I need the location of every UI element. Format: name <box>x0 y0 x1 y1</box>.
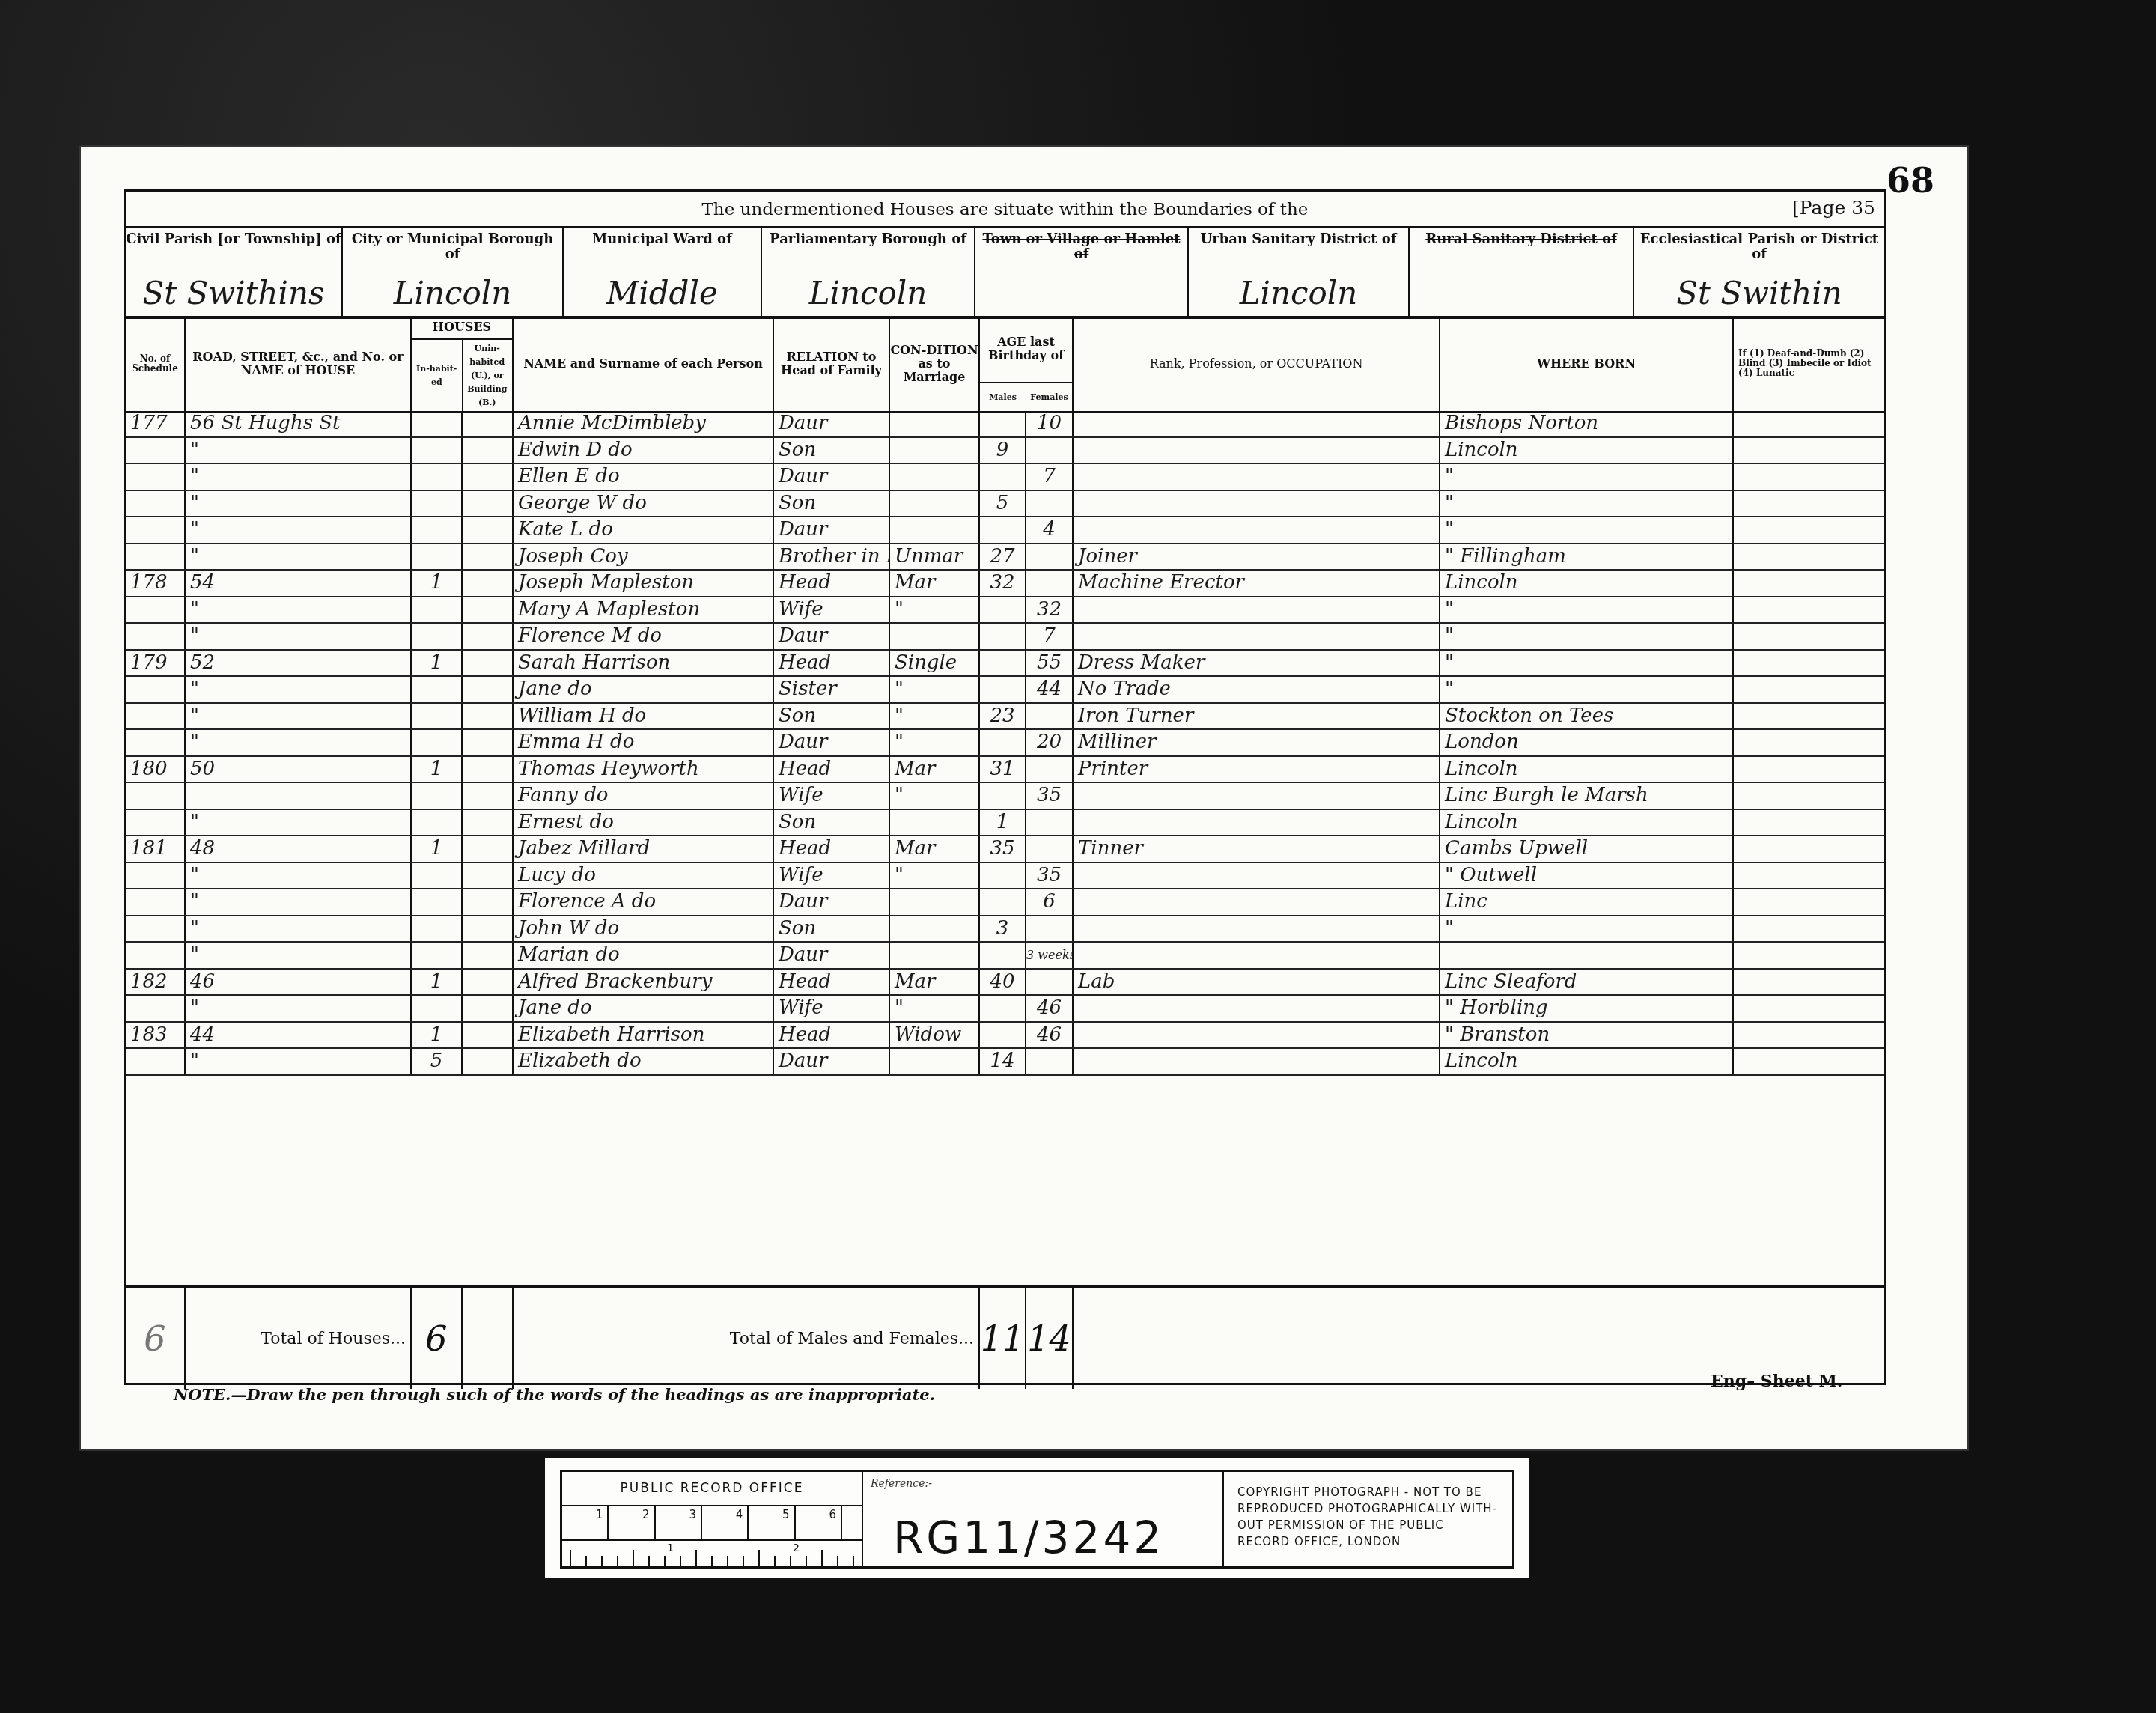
cell-female-age: 10 <box>1026 411 1074 436</box>
col-age: AGE last Birthday of Males Females <box>980 316 1074 411</box>
cell-schedule: 178 <box>126 571 186 596</box>
col-males: Males <box>980 383 1026 411</box>
region-ecclesiastical-parish: Ecclesiastical Parish or District of St … <box>1634 226 1884 316</box>
cell-uninhabited <box>463 704 514 729</box>
cell-condition: Mar <box>890 757 980 782</box>
cell-infirmity <box>1734 757 1884 782</box>
cell-infirmity <box>1734 491 1884 517</box>
col-schedule: No. of Schedule <box>126 316 186 411</box>
cell-inhabited <box>412 517 463 543</box>
cell-occupation <box>1074 943 1440 968</box>
cell-infirmity <box>1734 1023 1884 1048</box>
cell-relation: Sister <box>774 677 890 702</box>
ruler-tick <box>711 1556 713 1566</box>
cell-male-age: 32 <box>980 571 1026 596</box>
cell-where-born: Lincoln <box>1440 571 1734 596</box>
region-municipal-borough: City or Municipal Borough of Lincoln <box>343 226 564 316</box>
cell-road: " <box>186 1049 412 1074</box>
cell-occupation <box>1074 916 1440 942</box>
table-row: "Florence A doDaur6Linc <box>126 889 1884 916</box>
col-road: ROAD, STREET, &c., and No. or NAME of HO… <box>186 316 412 411</box>
cell-female-age <box>1026 571 1074 596</box>
cell-inhabited <box>412 704 463 729</box>
cell-female-age: 4 <box>1026 517 1074 543</box>
cell-male-age <box>980 996 1026 1021</box>
ruler-tick <box>695 1550 697 1566</box>
cell-inhabited <box>412 889 463 915</box>
cell-inhabited <box>412 597 463 623</box>
cell-male-age <box>980 624 1026 649</box>
cell-condition <box>890 916 980 942</box>
cell-condition: " <box>890 996 980 1021</box>
cell-condition: " <box>890 783 980 809</box>
ruler-tick <box>585 1556 587 1566</box>
cell-road: 54 <box>186 571 412 596</box>
cell-occupation: Lab <box>1074 970 1440 995</box>
cell-infirmity <box>1734 517 1884 543</box>
cell-inhabited <box>412 438 463 463</box>
pro-label-box: PUBLIC RECORD OFFICE 1 2 3 4 5 6 1 2 Ref… <box>560 1470 1514 1569</box>
cell-inhabited <box>412 491 463 517</box>
boundaries-title: The undermentioned Houses are situate wi… <box>702 200 1309 219</box>
total-males: 11 <box>980 1288 1026 1389</box>
cell-relation: Son <box>774 916 890 942</box>
ruler-tick <box>821 1550 823 1566</box>
region-label: Municipal Ward of <box>564 226 761 247</box>
col-relation: RELATION to Head of Family <box>774 316 890 411</box>
table-row: 180501Thomas HeyworthHeadMar31PrinterLin… <box>126 757 1884 784</box>
ruler-tick <box>648 1556 650 1566</box>
ruler-cm-label: 2 <box>609 1506 655 1539</box>
cell-relation: Son <box>774 491 890 517</box>
col-age-title: AGE last Birthday of <box>980 316 1072 383</box>
ruler-tick <box>727 1556 728 1566</box>
cell-uninhabited <box>463 1023 514 1048</box>
ruler-cm-end <box>842 1506 862 1539</box>
cell-occupation: Joiner <box>1074 544 1440 570</box>
cell-uninhabited <box>463 970 514 995</box>
table-row: "William H doSon"23Iron TurnerStockton o… <box>126 704 1884 731</box>
cell-inhabited: 5 <box>412 1049 463 1074</box>
cell-name: Elizabeth Harrison <box>514 1023 774 1048</box>
cell-where-born: " <box>1440 597 1734 623</box>
cell-name: Emma H do <box>514 730 774 755</box>
ruler-tick <box>664 1556 666 1566</box>
col-uninhabited: Unin-habited (U.), or Building (B.) <box>463 340 513 411</box>
cell-female-age <box>1026 438 1074 463</box>
cell-infirmity <box>1734 836 1884 862</box>
cell-relation: Head <box>774 970 890 995</box>
cell-road: " <box>186 464 412 490</box>
cell-where-born: Lincoln <box>1440 1049 1734 1074</box>
cell-relation: Son <box>774 810 890 836</box>
col-infirmity: If (1) Deaf-and-Dumb (2) Blind (3) Imbec… <box>1734 316 1884 411</box>
cell-condition <box>890 810 980 836</box>
cell-female-age: 44 <box>1026 677 1074 702</box>
cell-inhabited: 1 <box>412 836 463 862</box>
cell-name: Edwin D do <box>514 438 774 463</box>
cell-road: " <box>186 677 412 702</box>
cell-where-born: " Branston <box>1440 1023 1734 1048</box>
table-row: "Florence M doDaur7" <box>126 624 1884 651</box>
cell-male-age: 31 <box>980 757 1026 782</box>
cell-condition <box>890 464 980 490</box>
cell-uninhabited <box>463 757 514 782</box>
region-urban-sanitary: Urban Sanitary District of Lincoln <box>1189 226 1410 316</box>
cell-male-age <box>980 677 1026 702</box>
cell-where-born: Lincoln <box>1440 810 1734 836</box>
table-row: Fanny doWife"35Linc Burgh le Marsh <box>126 783 1884 810</box>
cell-schedule <box>126 1049 186 1074</box>
table-row: 182461Alfred BrackenburyHeadMar40LabLinc… <box>126 970 1884 997</box>
cell-name: William H do <box>514 704 774 729</box>
cell-road: " <box>186 863 412 889</box>
table-row: "George W doSon5" <box>126 491 1884 518</box>
cell-infirmity <box>1734 704 1884 729</box>
cell-male-age: 5 <box>980 491 1026 517</box>
public-record-office-label: PUBLIC RECORD OFFICE 1 2 3 4 5 6 1 2 Ref… <box>545 1458 1529 1578</box>
ruler-tick <box>617 1556 618 1566</box>
cell-road: " <box>186 996 412 1021</box>
table-row: "Emma H doDaur"20MillinerLondon <box>126 730 1884 757</box>
cell-infirmity <box>1734 863 1884 889</box>
cell-relation: Daur <box>774 943 890 968</box>
cell-occupation <box>1074 438 1440 463</box>
cell-schedule <box>126 783 186 809</box>
cell-infirmity <box>1734 996 1884 1021</box>
cell-male-age <box>980 517 1026 543</box>
cell-schedule <box>126 624 186 649</box>
cell-schedule <box>126 810 186 836</box>
cell-male-age: 23 <box>980 704 1026 729</box>
cell-road: 44 <box>186 1023 412 1048</box>
cell-inhabited <box>412 783 463 809</box>
cell-name: Jane do <box>514 677 774 702</box>
cell-name: Florence A do <box>514 889 774 915</box>
cell-schedule <box>126 517 186 543</box>
cell-name: Florence M do <box>514 624 774 649</box>
table-row: "Jane doWife"46" Horbling <box>126 996 1884 1023</box>
region-municipal-ward: Municipal Ward of Middle <box>564 226 762 316</box>
table-row: 17756 St Hughs StAnnie McDimblebyDaur10B… <box>126 411 1884 438</box>
cell-occupation <box>1074 783 1440 809</box>
cell-male-age <box>980 943 1026 968</box>
cell-schedule <box>126 730 186 755</box>
table-row: "Jane doSister"44No Trade" <box>126 677 1884 704</box>
cell-condition <box>890 491 980 517</box>
cell-where-born: " <box>1440 517 1734 543</box>
cell-name: Elizabeth do <box>514 1049 774 1074</box>
reference-value: RG11/3242 <box>893 1512 1164 1563</box>
table-row: 178541Joseph MaplestonHeadMar32Machine E… <box>126 571 1884 597</box>
ruler-tick <box>633 1550 634 1566</box>
cell-occupation <box>1074 996 1440 1021</box>
cell-condition: Mar <box>890 836 980 862</box>
pro-ruler-panel: PUBLIC RECORD OFFICE 1 2 3 4 5 6 1 2 <box>562 1472 863 1566</box>
cell-inhabited <box>412 810 463 836</box>
ruler-tick <box>837 1556 838 1566</box>
cell-condition: " <box>890 597 980 623</box>
ruler-tick <box>790 1556 791 1566</box>
col-females: Females <box>1026 383 1072 411</box>
cell-road: " <box>186 517 412 543</box>
cell-male-age: 3 <box>980 916 1026 942</box>
cell-inhabited: 1 <box>412 1023 463 1048</box>
ruler-tick <box>743 1556 744 1566</box>
cell-inhabited <box>412 411 463 436</box>
cell-male-age: 40 <box>980 970 1026 995</box>
ruler-in-label: 1 <box>667 1542 674 1554</box>
cell-occupation: Machine Erector <box>1074 571 1440 596</box>
region-label: Town or Village or Hamlet of <box>975 226 1187 262</box>
region-label: City or Municipal Borough of <box>343 226 562 262</box>
total-houses-label: Total of Houses... <box>186 1288 412 1389</box>
cell-name: Fanny do <box>514 783 774 809</box>
cell-road: " <box>186 544 412 570</box>
cell-female-age: 7 <box>1026 624 1074 649</box>
table-row: "5Elizabeth doDaur14Lincoln <box>126 1049 1884 1076</box>
cell-infirmity <box>1734 677 1884 702</box>
cell-male-age <box>980 889 1026 915</box>
table-row: "Edwin D doSon9Lincoln <box>126 438 1884 465</box>
cell-infirmity <box>1734 411 1884 436</box>
table-row: 183441Elizabeth HarrisonHeadWidow46" Bra… <box>126 1023 1884 1050</box>
cell-name: Lucy do <box>514 863 774 889</box>
cell-schedule <box>126 889 186 915</box>
cell-relation: Daur <box>774 730 890 755</box>
cell-infirmity <box>1734 889 1884 915</box>
cell-relation: Son <box>774 438 890 463</box>
cell-where-born: Linc Sleaford <box>1440 970 1734 995</box>
cell-occupation: Printer <box>1074 757 1440 782</box>
cell-infirmity <box>1734 624 1884 649</box>
boundaries-title-bar: The undermentioned Houses are situate wi… <box>126 192 1884 228</box>
cell-male-age <box>980 651 1026 676</box>
cell-where-born <box>1440 943 1734 968</box>
cell-name: Alfred Brackenbury <box>514 970 774 995</box>
region-rural-sanitary: Rural Sanitary District of <box>1410 226 1634 316</box>
ruler-cm-label: 1 <box>562 1506 609 1539</box>
total-females: 14 <box>1026 1288 1074 1389</box>
col-houses: HOUSES In-habit-ed Unin-habited (U.), or… <box>412 316 514 411</box>
region-value: St Swithin <box>1634 275 1884 311</box>
cell-schedule <box>126 677 186 702</box>
cell-infirmity <box>1734 916 1884 942</box>
cell-inhabited: 1 <box>412 651 463 676</box>
cell-schedule <box>126 438 186 463</box>
cell-uninhabited <box>463 943 514 968</box>
cell-where-born: " <box>1440 491 1734 517</box>
cell-female-age: 46 <box>1026 1023 1074 1048</box>
region-label: Urban Sanitary District of <box>1189 226 1408 247</box>
cell-uninhabited <box>463 863 514 889</box>
cell-uninhabited <box>463 651 514 676</box>
col-inhabited: In-habit-ed <box>412 340 463 411</box>
cell-condition <box>890 1049 980 1074</box>
cell-male-age <box>980 730 1026 755</box>
region-header-row: Civil Parish [or Township] of St Swithin… <box>126 226 1884 319</box>
cell-inhabited <box>412 916 463 942</box>
totals-margin-mark: 6 <box>126 1288 186 1389</box>
col-where-born: WHERE BORN <box>1440 316 1734 411</box>
cell-inhabited: 1 <box>412 970 463 995</box>
cell-relation: Head <box>774 836 890 862</box>
cell-infirmity <box>1734 464 1884 490</box>
cell-name: Mary A Mapleston <box>514 597 774 623</box>
ruler-inches: 1 2 <box>562 1541 862 1566</box>
ruler-tick <box>806 1556 807 1566</box>
cell-relation: Daur <box>774 517 890 543</box>
cell-condition: " <box>890 863 980 889</box>
table-row: "Mary A MaplestonWife"32" <box>126 597 1884 624</box>
cell-infirmity <box>1734 651 1884 676</box>
cell-infirmity <box>1734 970 1884 995</box>
cell-male-age: 9 <box>980 438 1026 463</box>
cell-inhabited <box>412 863 463 889</box>
cell-female-age <box>1026 544 1074 570</box>
table-row: "Marian doDaur3 weeks <box>126 943 1884 970</box>
cell-schedule <box>126 597 186 623</box>
cell-schedule <box>126 863 186 889</box>
cell-name: George W do <box>514 491 774 517</box>
cell-relation: Wife <box>774 783 890 809</box>
cell-female-age: 7 <box>1026 464 1074 490</box>
cell-name: Jane do <box>514 996 774 1021</box>
reference-label: Reference:- <box>871 1478 932 1490</box>
table-row: "John W doSon3" <box>126 916 1884 943</box>
cell-occupation <box>1074 517 1440 543</box>
cell-inhabited <box>412 677 463 702</box>
region-value: Lincoln <box>343 275 562 311</box>
cell-condition: Unmar <box>890 544 980 570</box>
cell-occupation: No Trade <box>1074 677 1440 702</box>
cell-name: Joseph Mapleston <box>514 571 774 596</box>
cell-schedule: 183 <box>126 1023 186 1048</box>
cell-occupation <box>1074 464 1440 490</box>
cell-uninhabited <box>463 810 514 836</box>
cell-uninhabited <box>463 677 514 702</box>
cell-occupation <box>1074 1049 1440 1074</box>
cell-inhabited <box>412 730 463 755</box>
cell-uninhabited <box>463 411 514 436</box>
cell-infirmity <box>1734 438 1884 463</box>
cell-schedule <box>126 491 186 517</box>
cell-road: " <box>186 704 412 729</box>
region-label: Ecclesiastical Parish or District of <box>1634 226 1884 262</box>
cell-relation: Wife <box>774 863 890 889</box>
region-value: Lincoln <box>762 275 974 311</box>
cell-infirmity <box>1734 597 1884 623</box>
cell-uninhabited <box>463 491 514 517</box>
sheet-id: Eng– Sheet M. <box>1711 1372 1843 1391</box>
cell-female-age <box>1026 704 1074 729</box>
cell-occupation <box>1074 491 1440 517</box>
cell-condition <box>890 943 980 968</box>
cell-male-age <box>980 783 1026 809</box>
cell-name: Marian do <box>514 943 774 968</box>
cell-road: " <box>186 916 412 942</box>
cell-road <box>186 783 412 809</box>
cell-relation: Daur <box>774 464 890 490</box>
ruler-centimetres: 1 2 3 4 5 6 <box>562 1506 862 1541</box>
cell-female-age <box>1026 810 1074 836</box>
cell-uninhabited <box>463 624 514 649</box>
cell-where-born: " Outwell <box>1440 863 1734 889</box>
cell-condition: Widow <box>890 1023 980 1048</box>
cell-condition <box>890 438 980 463</box>
cell-where-born: " <box>1440 464 1734 490</box>
cell-uninhabited <box>463 730 514 755</box>
cell-road: 56 St Hughs St <box>186 411 412 436</box>
cell-where-born: Linc <box>1440 889 1734 915</box>
table-row: "Lucy doWife"35" Outwell <box>126 863 1884 890</box>
census-rows: 17756 St Hughs StAnnie McDimblebyDaur10B… <box>126 411 1884 1076</box>
col-houses-title: HOUSES <box>412 316 512 340</box>
cell-condition <box>890 517 980 543</box>
cell-road: " <box>186 597 412 623</box>
cell-infirmity <box>1734 1049 1884 1074</box>
cell-schedule: 181 <box>126 836 186 862</box>
cell-female-age <box>1026 1049 1074 1074</box>
cell-schedule: 177 <box>126 411 186 436</box>
cell-where-born: Stockton on Tees <box>1440 704 1734 729</box>
cell-female-age: 35 <box>1026 783 1074 809</box>
table-row: 181481Jabez MillardHeadMar35TinnerCambs … <box>126 836 1884 863</box>
cell-name: Annie McDimbleby <box>514 411 774 436</box>
cell-road: " <box>186 730 412 755</box>
cell-condition: Mar <box>890 970 980 995</box>
census-form: The undermentioned Houses are situate wi… <box>124 189 1886 1385</box>
cell-where-born: Bishops Norton <box>1440 411 1734 436</box>
region-label: Parliamentary Borough of <box>762 226 974 247</box>
cell-where-born: " Horbling <box>1440 996 1734 1021</box>
cell-road: " <box>186 438 412 463</box>
cell-uninhabited <box>463 464 514 490</box>
cell-uninhabited <box>463 1049 514 1074</box>
cell-condition: Mar <box>890 571 980 596</box>
cell-male-age: 35 <box>980 836 1026 862</box>
cell-occupation <box>1074 411 1440 436</box>
cell-inhabited <box>412 943 463 968</box>
cell-where-born: Cambs Upwell <box>1440 836 1734 862</box>
cell-uninhabited <box>463 996 514 1021</box>
cell-relation: Daur <box>774 411 890 436</box>
cell-name: Jabez Millard <box>514 836 774 862</box>
cell-where-born: " <box>1440 916 1734 942</box>
cell-uninhabited <box>463 571 514 596</box>
cell-condition: Single <box>890 651 980 676</box>
cell-schedule <box>126 544 186 570</box>
ruler-tick <box>601 1556 603 1566</box>
ruler-in-label: 2 <box>793 1542 800 1554</box>
cell-uninhabited <box>463 597 514 623</box>
cell-female-age: 55 <box>1026 651 1074 676</box>
cell-name: Thomas Heyworth <box>514 757 774 782</box>
col-condition: CON-DITION as to Marriage <box>890 316 980 411</box>
cell-female-age <box>1026 757 1074 782</box>
copyright-notice: COPYRIGHT PHOTOGRAPH - NOT TO BE REPRODU… <box>1224 1472 1512 1566</box>
cell-infirmity <box>1734 544 1884 570</box>
cell-occupation: Dress Maker <box>1074 651 1440 676</box>
cell-female-age: 3 weeks <box>1026 943 1074 968</box>
col-occupation: Rank, Profession, or OCCUPATION <box>1074 316 1440 411</box>
cell-female-age <box>1026 491 1074 517</box>
cell-occupation <box>1074 810 1440 836</box>
cell-schedule <box>126 916 186 942</box>
region-parliamentary-borough: Parliamentary Borough of Lincoln <box>762 226 975 316</box>
cell-male-age: 1 <box>980 810 1026 836</box>
cell-inhabited <box>412 544 463 570</box>
